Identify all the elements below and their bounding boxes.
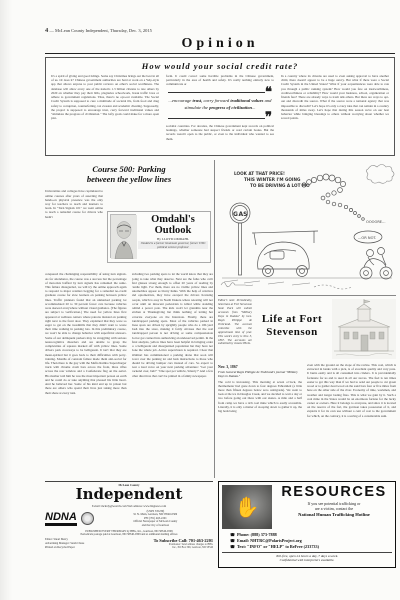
masthead-rule xyxy=(45,481,213,482)
masthead-published-line: PUBLISHED EVERY THURSDAY by BHG, Inc., G… xyxy=(45,530,213,536)
county-seal-icon xyxy=(81,512,94,525)
trafficking-awareness-photo: ✋ xyxy=(222,485,272,529)
gas-sign: G GAS AS xyxy=(230,203,250,275)
course-500-title: Course 500: Parking between the yellow l… xyxy=(45,164,213,184)
fort-entry-date: Nov. 3, 1867 xyxy=(218,365,302,369)
edition-text: — McLean County Independent, Thursday, D… xyxy=(49,28,151,33)
article-column-1: It's a spirit of giving and good tidings… xyxy=(51,74,159,152)
resources-footer: Toll-free, open 24 hours a day, 7 days a… xyxy=(222,552,392,562)
article-title: How would your social credit rate? xyxy=(51,61,389,71)
column-2-top-text: form. It could correct some horrible pro… xyxy=(166,74,274,87)
quote-rule-bottom xyxy=(168,118,265,119)
pull-quote: ❝ ...encourage trust, carry forward trad… xyxy=(168,89,272,122)
fort-illustration xyxy=(332,299,396,359)
course-500-column-2: including two parking spots to let the w… xyxy=(132,272,214,478)
editorial-cartoon: LOOK AT THAT PRICE! THIS WINTER I'M GOIN… xyxy=(218,161,396,292)
pull-quote-text: ...encourage trust, carry forward tradit… xyxy=(168,98,272,112)
cartoon-trail-text: OOOORE... xyxy=(366,220,386,224)
phone-icon: ☎ xyxy=(230,538,235,543)
svg-text:AS: AS xyxy=(239,211,248,218)
phone-icon: ☎ xyxy=(230,532,235,537)
section-title: Opinion xyxy=(45,36,395,52)
cartoon-fort-divider-rule xyxy=(218,295,396,296)
cartoon-bush xyxy=(367,165,395,184)
article-column-2: form. It could correct some horrible pro… xyxy=(166,74,274,152)
cartoon-scooter-figures xyxy=(360,248,392,280)
section-rule xyxy=(45,53,395,54)
fort-column-1: Nov. 3, 1867 From General Regis Philippe… xyxy=(218,363,302,477)
article-course-500: Course 500: Parking between the yellow l… xyxy=(45,160,213,478)
omdahl-portrait xyxy=(110,214,136,258)
article-social-credit: How would your social credit rate? It's … xyxy=(45,57,395,156)
svg-text:G: G xyxy=(233,211,238,218)
cartoon-bubble-2-text: ...OR NOT. xyxy=(358,236,376,240)
close-quote-icon: ❞ xyxy=(265,114,272,122)
cartoonist-signature xyxy=(221,283,253,287)
masthead-name: Independent xyxy=(45,487,213,502)
edition-line: 4 — McLean County Independent, Thursday,… xyxy=(45,27,152,34)
fort-title: Life at Fort Stevenson xyxy=(255,313,329,338)
column-2-bottom-text: socialist countries. For decades, the Ch… xyxy=(166,124,274,141)
column-divider-rule xyxy=(214,160,215,478)
quote-rule-top xyxy=(168,92,265,93)
masthead: McLean County Independent E-mail: mcindy… xyxy=(45,481,213,550)
course-500-intro-column: Universities and colleges have capitulat… xyxy=(45,189,103,269)
masthead-staff: Editor: Stuart Merry Advertising Manager… xyxy=(45,538,84,550)
fort-source-line: From General Regis Philippe de Trobriand… xyxy=(218,370,302,378)
resources-box: ✋ RESOURCES If you see potential traffic… xyxy=(218,481,396,568)
ndna-logo-bar xyxy=(45,523,77,526)
omdahls-outlook-box: Omdahl's Outlook By LLOYD OMDAHL Omdahl … xyxy=(107,211,211,263)
masthead-address: (USPS 335230) 91 N. Main, Garrison, ND 5… xyxy=(98,510,213,528)
fort-column-2: even with the ground on the slope of the… xyxy=(307,363,396,477)
cartoon-speech-line-2: THIS WINTER I'M GOING xyxy=(244,177,301,182)
outlook-bio: Omdahl is a former lieutenant governor, … xyxy=(138,241,208,249)
cartoon-speech-line-1: LOOK AT THAT PRICE! xyxy=(234,171,285,176)
ndna-logo: NDNA xyxy=(45,512,77,526)
outlook-title: Omdahl's Outlook xyxy=(138,214,208,236)
newspaper-page: 4 — McLean County Independent, Thursday,… xyxy=(0,0,400,600)
article-fort-stevenson: Editor's note: Periodically, historians … xyxy=(218,299,396,477)
resources-hotline-name: National Human Trafficking Hotline xyxy=(276,512,392,517)
masthead-contact-line: E-mail: mcindy@westriv.com Web address: … xyxy=(45,504,213,508)
phone-icon: ☎ xyxy=(230,544,235,549)
resources-text-line: ☎Text: "INFO" or "HELP" to BeFree (23373… xyxy=(230,544,392,550)
course-500-column-1: conquered the challenging responsibility… xyxy=(45,272,127,478)
article-column-3: In a country where its citizens are used… xyxy=(281,74,389,152)
open-quote-icon: ❝ xyxy=(265,89,272,97)
page-number: 4 xyxy=(45,27,48,34)
editors-note: Editor's note: Periodically, historians … xyxy=(218,299,252,361)
postmaster-line: Postmaster: Send address changes to BHG … xyxy=(154,543,213,549)
cartoon-ground xyxy=(222,278,392,289)
raised-hand-icon: ✋ xyxy=(235,495,260,520)
fort-column-1-text: The cold is increasing. This morning at … xyxy=(218,380,302,414)
cartoon-car xyxy=(252,231,318,277)
cartoon-trailing-o-chain xyxy=(302,174,365,220)
resources-title: RESOURCES xyxy=(276,485,392,500)
resources-intro: If you see potential trafficking or are … xyxy=(276,501,392,511)
cartoon-speech-line-3: TO BE DRIVING A LOT MO xyxy=(250,183,310,188)
